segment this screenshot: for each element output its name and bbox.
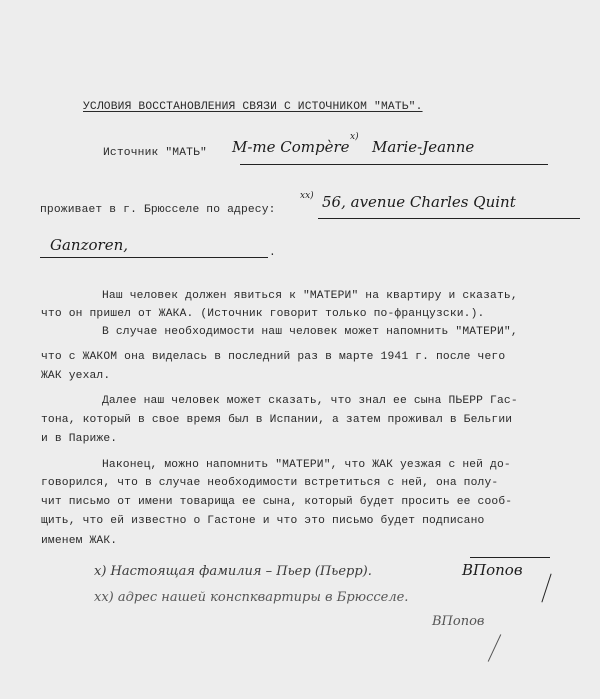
paragraph-4-line-4: щить, что ей известно о Гастоне и что эт… xyxy=(41,515,484,527)
paragraph-3-line-2: тона, который в свое время был в Испании… xyxy=(41,414,512,426)
footnote-1-text: x) Настоящая фамилия – Пьер (Пьерр). xyxy=(94,564,372,579)
signature-2-stroke xyxy=(488,634,502,662)
source-name-handwritten: M-me Compère xyxy=(232,138,350,156)
paragraph-3-line-1: Далее наш человек может сказать, что зна… xyxy=(102,395,518,407)
paragraph-4-line-1: Наконец, можно напомнить "МАТЕРИ", что Ж… xyxy=(102,459,511,471)
source-given-name-handwritten: Marie-Jeanne xyxy=(372,138,474,156)
paragraph-4-line-3: чит письмо от имени товарища ее сына, ко… xyxy=(41,496,512,508)
signature-overline xyxy=(470,557,550,558)
address-underline-2 xyxy=(40,257,268,258)
address-handwritten-line1: 56, avenue Charles Quint xyxy=(322,193,516,211)
footnote-mark-x: x) xyxy=(350,132,359,142)
paragraph-4-line-2: говорился, что в случае необходимости вс… xyxy=(41,477,498,489)
paragraph-1-line-2: что он пришел от ЖАКА. (Источник говорит… xyxy=(41,308,484,320)
source-label: Источник "МАТЬ" xyxy=(103,147,207,159)
footnote-2-text: xx) адрес нашей конспквартиры в Брюсселе… xyxy=(94,590,408,605)
paragraph-4-line-5: именем ЖАК. xyxy=(41,535,117,547)
paragraph-2-line-1: В случае необходимости наш человек может… xyxy=(102,326,518,338)
address-underline-1 xyxy=(318,218,580,219)
paragraph-2-line-3: ЖАК уехал. xyxy=(41,370,110,382)
footnote-2-signature: ВПопов xyxy=(432,614,484,629)
footnote-1-signature: ВПопов xyxy=(462,561,523,579)
paragraph-1-line-1: Наш человек должен явиться к "МАТЕРИ" на… xyxy=(102,290,518,302)
footnote-mark-xx: xx) xyxy=(300,191,314,201)
document-title: УСЛОВИЯ ВОССТАНОВЛЕНИЯ СВЯЗИ С ИСТОЧНИКО… xyxy=(83,101,423,113)
source-underline xyxy=(240,164,548,165)
paragraph-3-line-3: и в Париже. xyxy=(41,433,117,445)
paragraph-2-line-2: что с ЖАКОМ она виделась в последний раз… xyxy=(41,351,505,363)
address-label: проживает в г. Брюсселе по адресу: xyxy=(40,204,276,216)
signature-stroke xyxy=(541,574,551,603)
address-handwritten-line2: Ganzoren, xyxy=(50,236,128,254)
document-page: УСЛОВИЯ ВОССТАНОВЛЕНИЯ СВЯЗИ С ИСТОЧНИКО… xyxy=(0,0,600,699)
address-end: . xyxy=(269,247,276,259)
